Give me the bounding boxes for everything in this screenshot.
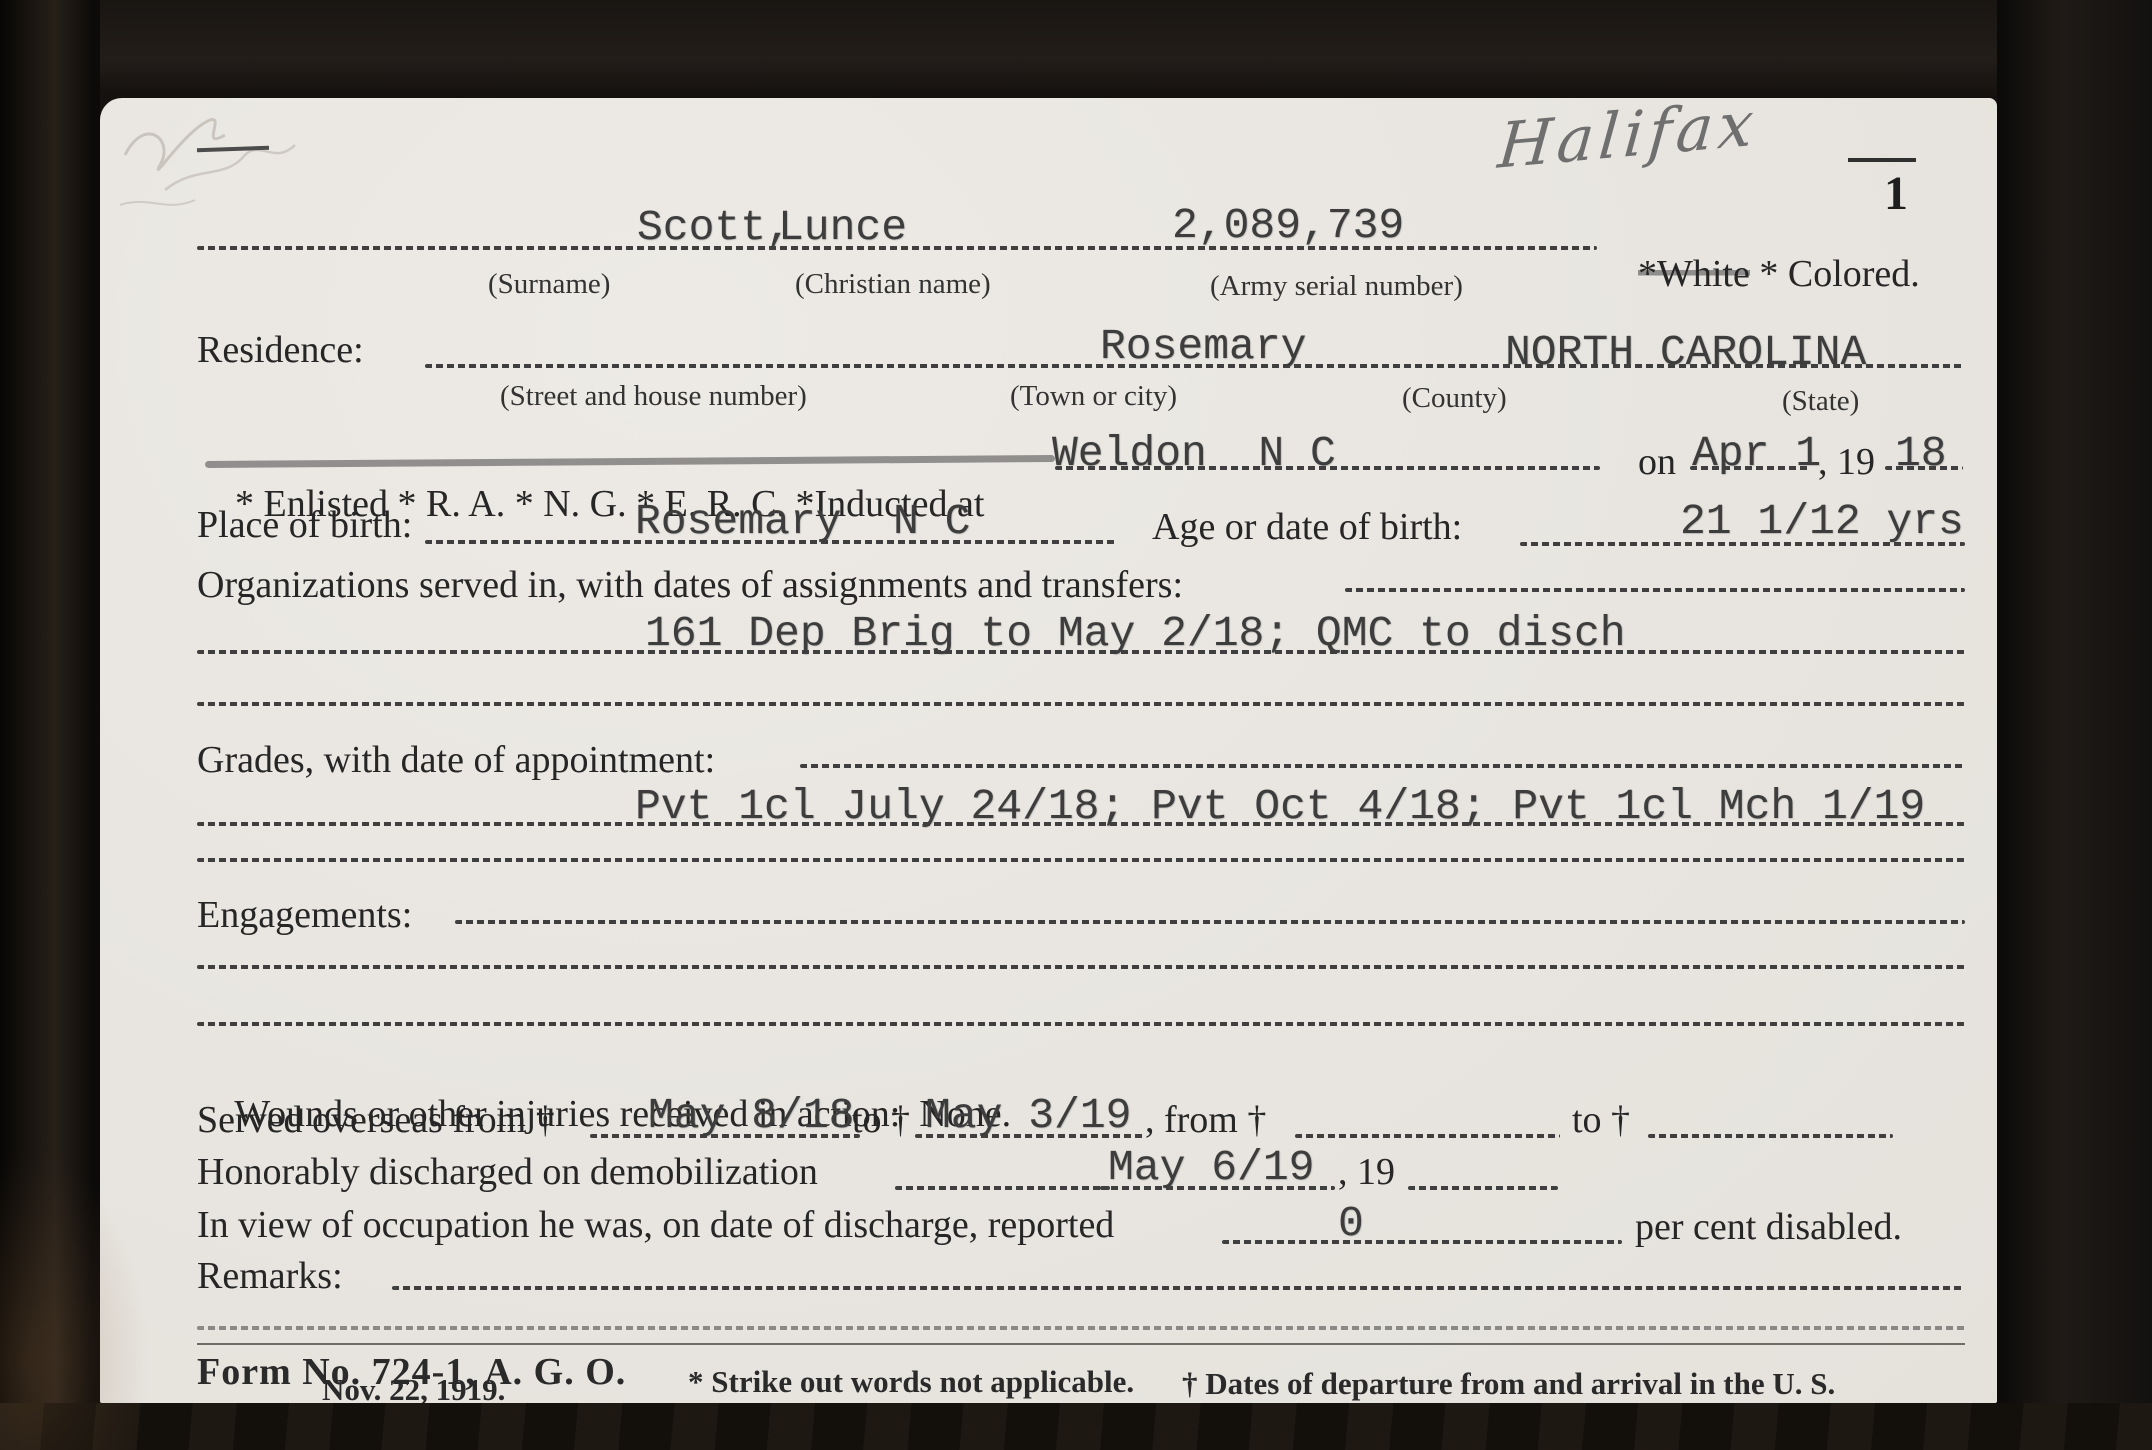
street-label: (Street and house number) — [500, 380, 807, 413]
disability-label: In view of occupation he was, on date of… — [197, 1205, 1114, 1247]
on-label: on — [1638, 442, 1676, 484]
state-label: (State) — [1782, 385, 1859, 418]
dotted-rule — [1648, 1134, 1893, 1138]
age-typed: 21 1/12 yrs — [1680, 500, 1964, 543]
dotted-rule — [800, 764, 1965, 768]
footer-rule — [197, 1343, 1965, 1345]
age-label: Age or date of birth: — [1152, 507, 1462, 549]
scan-border-bottom — [0, 1403, 2152, 1450]
dotted-rule — [197, 1326, 1965, 1330]
induction-year-typed: 18 — [1895, 432, 1947, 475]
dotted-rule — [197, 702, 1965, 706]
surname-typed: Scott, — [637, 206, 792, 249]
disability-suffix: per cent disabled. — [1635, 1207, 1902, 1249]
serial-number-typed: 2,089,739 — [1172, 204, 1404, 247]
organizations-entry-typed: 161 Dep Brig to May 2/18; QMC to disch — [645, 612, 1626, 655]
overseas-label: Served overseas from † — [197, 1100, 555, 1142]
dotted-rule — [197, 1022, 1965, 1026]
dotted-rule — [1295, 1134, 1560, 1138]
scanned-service-record-card: Halifax 1 Scott, Lunce 2,089,739 *White … — [0, 0, 2152, 1450]
scan-corner-smudge — [0, 1150, 150, 1450]
engagements-label: Engagements: — [197, 895, 412, 937]
dotted-rule — [392, 1286, 1965, 1290]
serial-number-label: (Army serial number) — [1210, 270, 1463, 303]
grades-entry-typed: Pvt 1cl July 24/18; Pvt Oct 4/18; Pvt 1c… — [635, 785, 1925, 828]
christian-name-typed: Lunce — [778, 206, 907, 249]
overseas-to-label-2: to † — [1572, 1100, 1630, 1142]
dotted-rule — [197, 965, 1965, 969]
birth-place-label: Place of birth: — [197, 505, 412, 547]
dotted-rule — [197, 858, 1965, 862]
dotted-rule — [455, 920, 1965, 924]
town-label: (Town or city) — [1010, 380, 1177, 413]
dotted-rule — [1222, 1240, 1622, 1244]
dotted-rule — [895, 1186, 1110, 1190]
remarks-label: Remarks: — [197, 1256, 343, 1298]
disability-percent-typed: 0 — [1338, 1202, 1364, 1245]
induction-place-typed: Weldon N C — [1052, 432, 1336, 475]
residence-town-typed: Rosemary — [1100, 325, 1306, 368]
overseas-from-label-2: , from † — [1145, 1100, 1266, 1142]
race-white-struck: *White — [1638, 253, 1750, 295]
dotted-rule — [1345, 588, 1965, 592]
scan-border-right — [1997, 0, 2152, 1450]
county-label: (County) — [1402, 382, 1507, 415]
pencil-scribble — [105, 95, 405, 245]
grades-label: Grades, with date of appointment: — [197, 740, 715, 782]
discharge-year-label: , 19 — [1338, 1152, 1395, 1194]
race-colored-label: * Colored. — [1750, 253, 1920, 295]
page-number-rule — [1848, 158, 1916, 162]
christian-name-label: (Christian name) — [795, 268, 991, 301]
overseas-to-date-typed: May 3/19 — [925, 1094, 1131, 1137]
surname-label: (Surname) — [488, 268, 610, 301]
induction-date-typed: Apr 1 — [1692, 432, 1821, 475]
scan-border-top — [0, 0, 2152, 98]
residence-label: Residence: — [197, 330, 364, 372]
dagger-note: † Dates of departure from and arrival in… — [1182, 1366, 1835, 1402]
year-19-label: , 19 — [1818, 442, 1875, 484]
organizations-label: Organizations served in, with dates of a… — [197, 565, 1183, 607]
dotted-rule — [1408, 1186, 1558, 1190]
residence-state-typed: NORTH CAROLINA — [1505, 331, 1866, 374]
birth-place-typed: Rosemary N C — [635, 500, 970, 543]
race-line: *White * Colored. — [1600, 212, 1920, 337]
strike-out-note: * Strike out words not applicable. — [688, 1364, 1134, 1400]
overseas-from-date-typed: May 8/18 — [648, 1094, 854, 1137]
discharge-date-typed: May 6/19 — [1108, 1146, 1314, 1189]
overseas-to-label: to † — [852, 1100, 910, 1142]
discharge-label: Honorably discharged on demobilization — [197, 1152, 818, 1194]
